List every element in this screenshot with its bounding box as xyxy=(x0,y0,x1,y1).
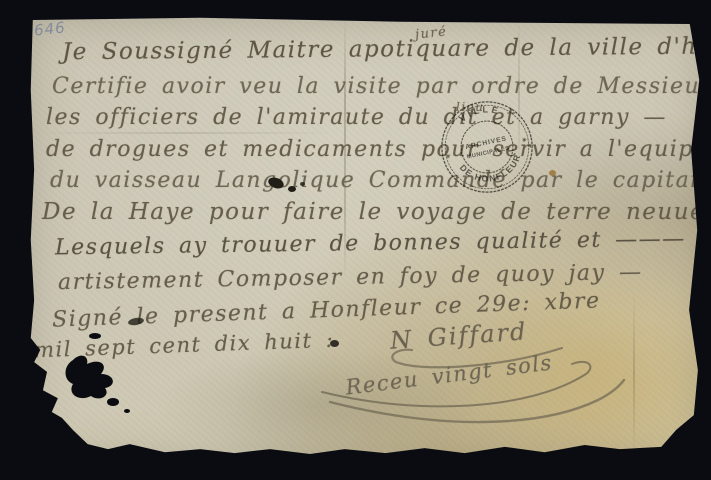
stamp-arc-top: VILLE xyxy=(456,101,504,125)
archives-stamp: VILLE DE HONFLEUR ✳ ✳ ARCHIVES MUNICIPAL… xyxy=(430,90,544,204)
handwritten-line: de drogues et medicaments pour servir a … xyxy=(46,137,711,162)
handwritten-line: Certifie avoir veu la visite par ordre d… xyxy=(52,74,711,99)
hole-shape xyxy=(66,356,113,399)
stamp-separator: ✳ xyxy=(521,137,527,145)
handwritten-line: les officiers de l'amiraute du dit et a … xyxy=(46,105,667,130)
fold-crease xyxy=(633,291,635,456)
paper-hole xyxy=(55,330,155,430)
fold-crease xyxy=(36,132,336,134)
ink-blot xyxy=(288,186,296,192)
handwritten-line: du vaisseau Langolique Commandé par le c… xyxy=(50,168,711,193)
handwritten-line: Lesquels ay trouuer de bonnes qualité et… xyxy=(55,227,686,261)
stamp-separator: ✳ xyxy=(445,153,451,161)
rust-spot xyxy=(549,170,556,176)
flourish-stroke xyxy=(392,348,562,367)
document-paper: 646 Je Soussigné Maitre apotiquare de la… xyxy=(26,16,704,462)
hole-speck xyxy=(124,409,130,413)
ink-blot xyxy=(330,340,339,347)
signature-flourish xyxy=(300,330,630,445)
archive-number: 646 xyxy=(33,18,66,39)
hole-speck xyxy=(107,398,119,406)
flourish-stroke xyxy=(322,362,590,406)
scan-background: 646 Je Soussigné Maitre apotiquare de la… xyxy=(0,0,711,480)
handwritten-line: De la Haye pour faire le voyage de terre… xyxy=(42,199,705,225)
hole-speck xyxy=(89,333,101,339)
handwritten-line: Je Soussigné Maitre apotiquare de la vil… xyxy=(62,33,711,65)
ink-blot xyxy=(300,182,305,186)
